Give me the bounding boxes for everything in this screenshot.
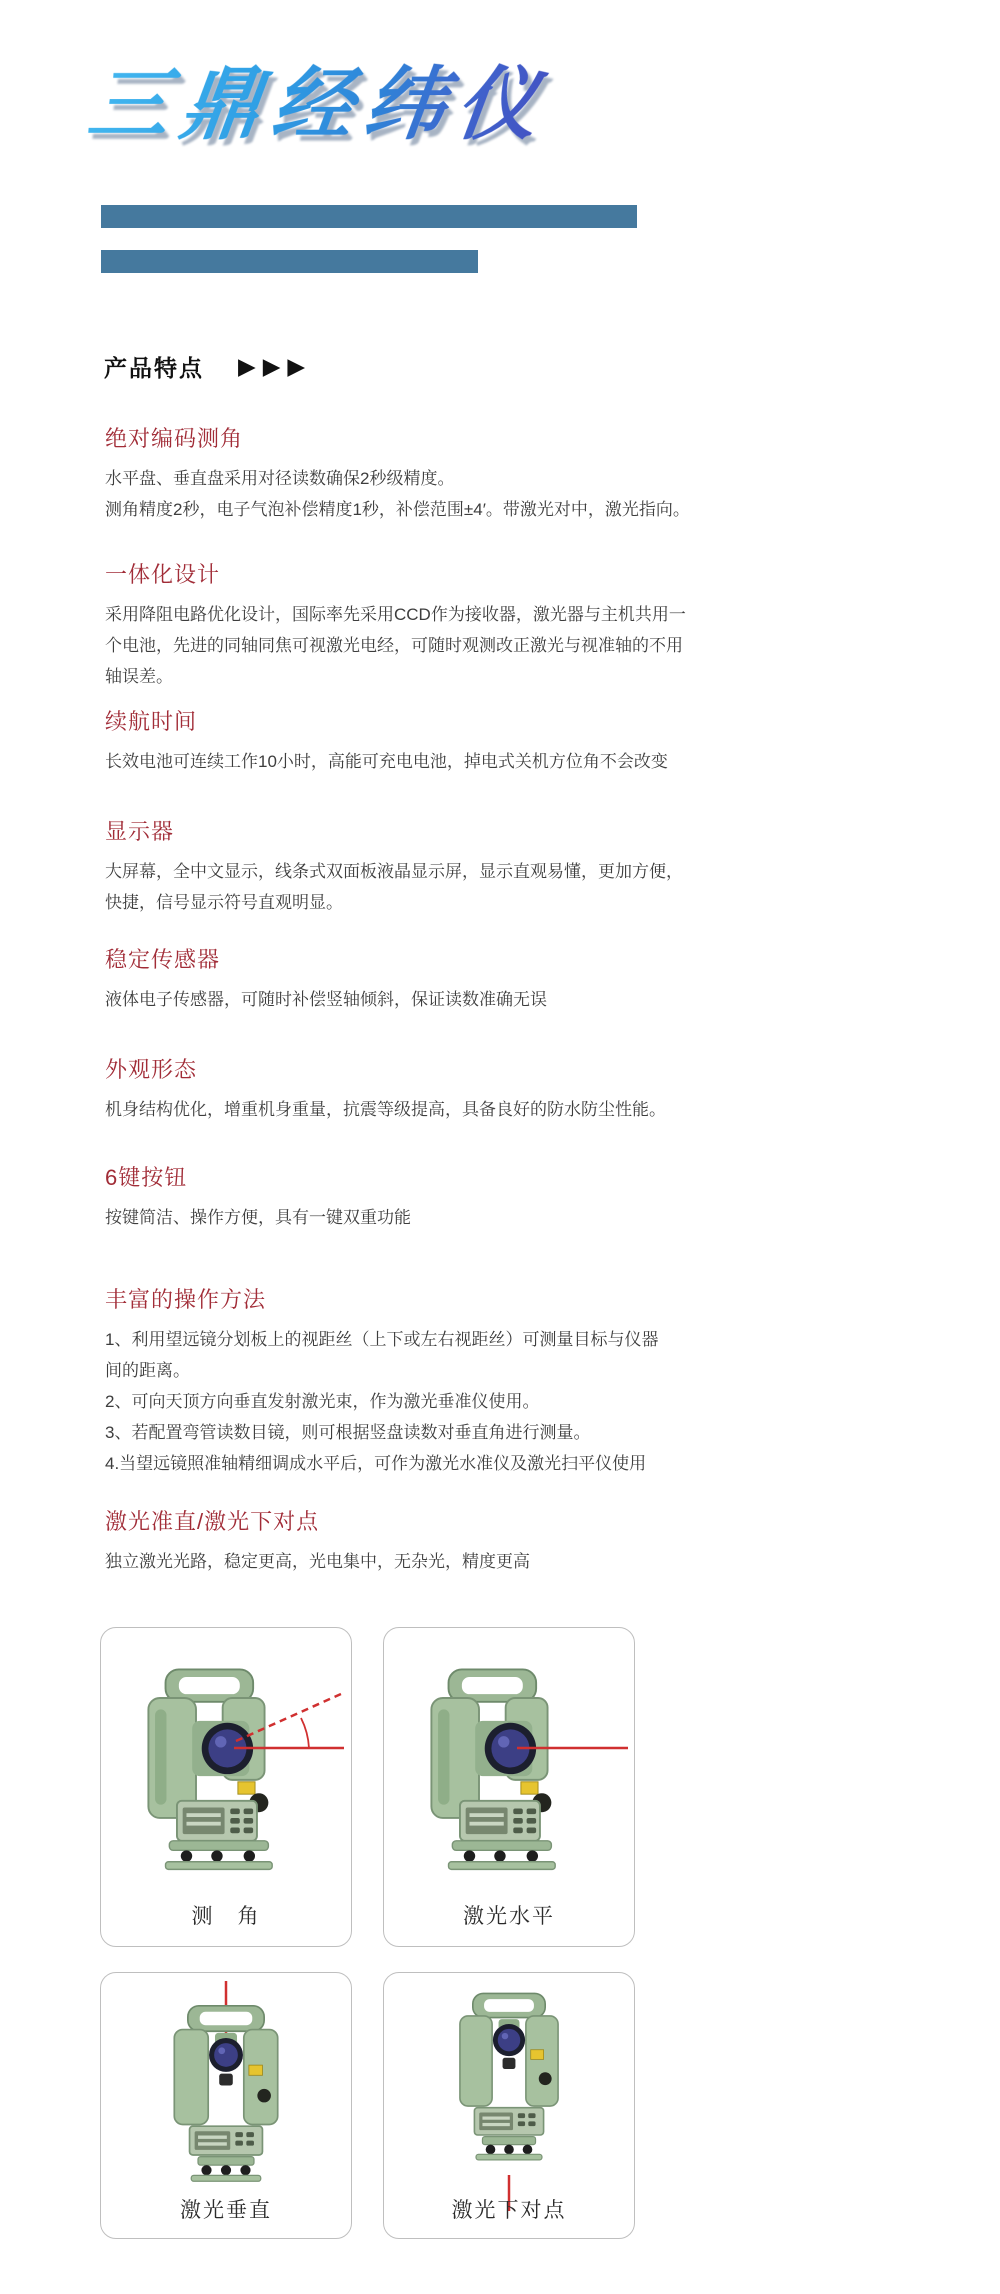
feature-section-laser-alignment: 激光准直/激光下对点 独立激光光路，稳定更高，光电集中，无杂光，精度更高 bbox=[105, 1510, 765, 1577]
feature-text: 独立激光光路，稳定更高，光电集中，无杂光，精度更高 bbox=[105, 1546, 765, 1577]
feature-text: 机身结构优化，增重机身重量，抗震等级提高，具备良好的防水防尘性能。 bbox=[105, 1094, 765, 1125]
feature-text: 采用降阻电路优化设计，国际率先采用CCD作为接收器，激光器与主机共用一 bbox=[105, 599, 765, 630]
feature-text: 液体电子传感器，可随时补偿竖轴倾斜，保证读数准确无误 bbox=[105, 984, 765, 1015]
feature-body: 大屏幕，全中文显示，线条式双面板液晶显示屏，显示直观易懂，更加方便， 快捷，信号… bbox=[105, 856, 765, 918]
feature-text: 间的距离。 bbox=[105, 1355, 765, 1386]
theodolite-laser-horizontal-image bbox=[384, 1636, 634, 1898]
brand-title: 三鼎经纬仪 bbox=[83, 40, 557, 150]
product-detail-page: { "header": { "title": "三鼎经纬仪" }, "decor… bbox=[0, 0, 1000, 2294]
play-arrows-icon: ▶▶▶ bbox=[238, 353, 312, 380]
feature-heading: 显示器 bbox=[105, 820, 765, 844]
image-caption: 激光垂直 bbox=[101, 2194, 351, 2224]
feature-body: 机身结构优化，增重机身重量，抗震等级提高，具备良好的防水防尘性能。 bbox=[105, 1094, 765, 1125]
feature-body: 长效电池可连续工作10小时，高能可充电电池，掉电式关机方位角不会改变 bbox=[105, 746, 765, 777]
feature-section-appearance: 外观形态 机身结构优化，增重机身重量，抗震等级提高，具备良好的防水防尘性能。 bbox=[105, 1058, 765, 1125]
feature-text: 水平盘、垂直盘采用对径读数确保2秒级精度。 bbox=[105, 463, 765, 494]
feature-section-six-keys: 6键按钮 按键简洁、操作方便，具有一键双重功能 bbox=[105, 1166, 765, 1233]
angle-arc bbox=[301, 1718, 309, 1748]
image-caption: 测 角 bbox=[101, 1900, 351, 1930]
theodolite-laser-vertical-image bbox=[101, 1977, 351, 2202]
feature-body: 独立激光光路，稳定更高，光电集中，无杂光，精度更高 bbox=[105, 1546, 765, 1577]
feature-heading: 续航时间 bbox=[105, 710, 765, 734]
feature-body: 液体电子传感器，可随时补偿竖轴倾斜，保证读数准确无误 bbox=[105, 984, 765, 1015]
feature-heading: 6键按钮 bbox=[105, 1166, 765, 1190]
product-image-card-laser-horizontal: 激光水平 bbox=[383, 1627, 635, 1947]
feature-section-operations: 丰富的操作方法 1、利用望远镜分划板上的视距丝（上下或左右视距丝）可测量目标与仪… bbox=[105, 1288, 765, 1479]
feature-text: 3、若配置弯管读数目镜，则可根据竖盘读数对垂直角进行测量。 bbox=[105, 1417, 765, 1448]
feature-text: 按键简洁、操作方便，具有一键双重功能 bbox=[105, 1202, 765, 1233]
product-image-card-laser-plummet: 激光下对点 bbox=[383, 1972, 635, 2239]
feature-section-display: 显示器 大屏幕，全中文显示，线条式双面板液晶显示屏，显示直观易懂，更加方便， 快… bbox=[105, 820, 765, 918]
feature-text: 4.当望远镜照准轴精细调成水平后，可作为激光水准仪及激光扫平仪使用 bbox=[105, 1448, 765, 1479]
feature-heading: 外观形态 bbox=[105, 1058, 765, 1082]
feature-heading: 丰富的操作方法 bbox=[105, 1288, 765, 1312]
feature-heading: 激光准直/激光下对点 bbox=[105, 1510, 765, 1534]
features-header-label: 产品特点 bbox=[104, 350, 204, 383]
feature-section-integrated-design: 一体化设计 采用降阻电路优化设计，国际率先采用CCD作为接收器，激光器与主机共用… bbox=[105, 563, 765, 692]
feature-body: 1、利用望远镜分划板上的视距丝（上下或左右视距丝）可测量目标与仪器 间的距离。 … bbox=[105, 1324, 765, 1479]
feature-section-encoding: 绝对编码测角 水平盘、垂直盘采用对径读数确保2秒级精度。 测角精度2秒，电子气泡… bbox=[105, 427, 765, 525]
feature-body: 采用降阻电路优化设计，国际率先采用CCD作为接收器，激光器与主机共用一 个电池，… bbox=[105, 599, 765, 692]
product-image-card-laser-vertical: 激光垂直 bbox=[100, 1972, 352, 2239]
feature-heading: 稳定传感器 bbox=[105, 948, 765, 972]
feature-heading: 绝对编码测角 bbox=[105, 427, 765, 451]
decor-bar-secondary bbox=[101, 250, 478, 273]
feature-text: 1、利用望远镜分划板上的视距丝（上下或左右视距丝）可测量目标与仪器 bbox=[105, 1324, 765, 1355]
feature-text: 测角精度2秒，电子气泡补偿精度1秒，补偿范围±4′。带激光对中，激光指向。 bbox=[105, 494, 765, 525]
feature-heading: 一体化设计 bbox=[105, 563, 765, 587]
feature-text: 大屏幕，全中文显示，线条式双面板液晶显示屏，显示直观易懂，更加方便， bbox=[105, 856, 765, 887]
feature-text: 轴误差。 bbox=[105, 661, 765, 692]
image-caption: 激光下对点 bbox=[384, 2194, 634, 2224]
product-image-card-angle-measure: 测 角 bbox=[100, 1627, 352, 1947]
feature-text: 快捷，信号显示符号直观明显。 bbox=[105, 887, 765, 918]
feature-body: 水平盘、垂直盘采用对径读数确保2秒级精度。 测角精度2秒，电子气泡补偿精度1秒，… bbox=[105, 463, 765, 525]
feature-text: 长效电池可连续工作10小时，高能可充电电池，掉电式关机方位角不会改变 bbox=[105, 746, 765, 777]
feature-body: 按键简洁、操作方便，具有一键双重功能 bbox=[105, 1202, 765, 1233]
feature-section-sensor: 稳定传感器 液体电子传感器，可随时补偿竖轴倾斜，保证读数准确无误 bbox=[105, 948, 765, 1015]
feature-text: 2、可向天顶方向垂直发射激光束，作为激光垂准仪使用。 bbox=[105, 1386, 765, 1417]
decor-bar-primary bbox=[101, 205, 637, 228]
theodolite-laser-plummet-image bbox=[384, 1977, 634, 2217]
feature-text: 个电池，先进的同轴同焦可视激光电经，可随时观测改正激光与视准轴的不用 bbox=[105, 630, 765, 661]
features-header: 产品特点 ▶▶▶ bbox=[104, 350, 312, 383]
theodolite-angle-measure-image bbox=[101, 1636, 351, 1898]
feature-section-battery-life: 续航时间 长效电池可连续工作10小时，高能可充电电池，掉电式关机方位角不会改变 bbox=[105, 710, 765, 777]
image-caption: 激光水平 bbox=[384, 1900, 634, 1930]
